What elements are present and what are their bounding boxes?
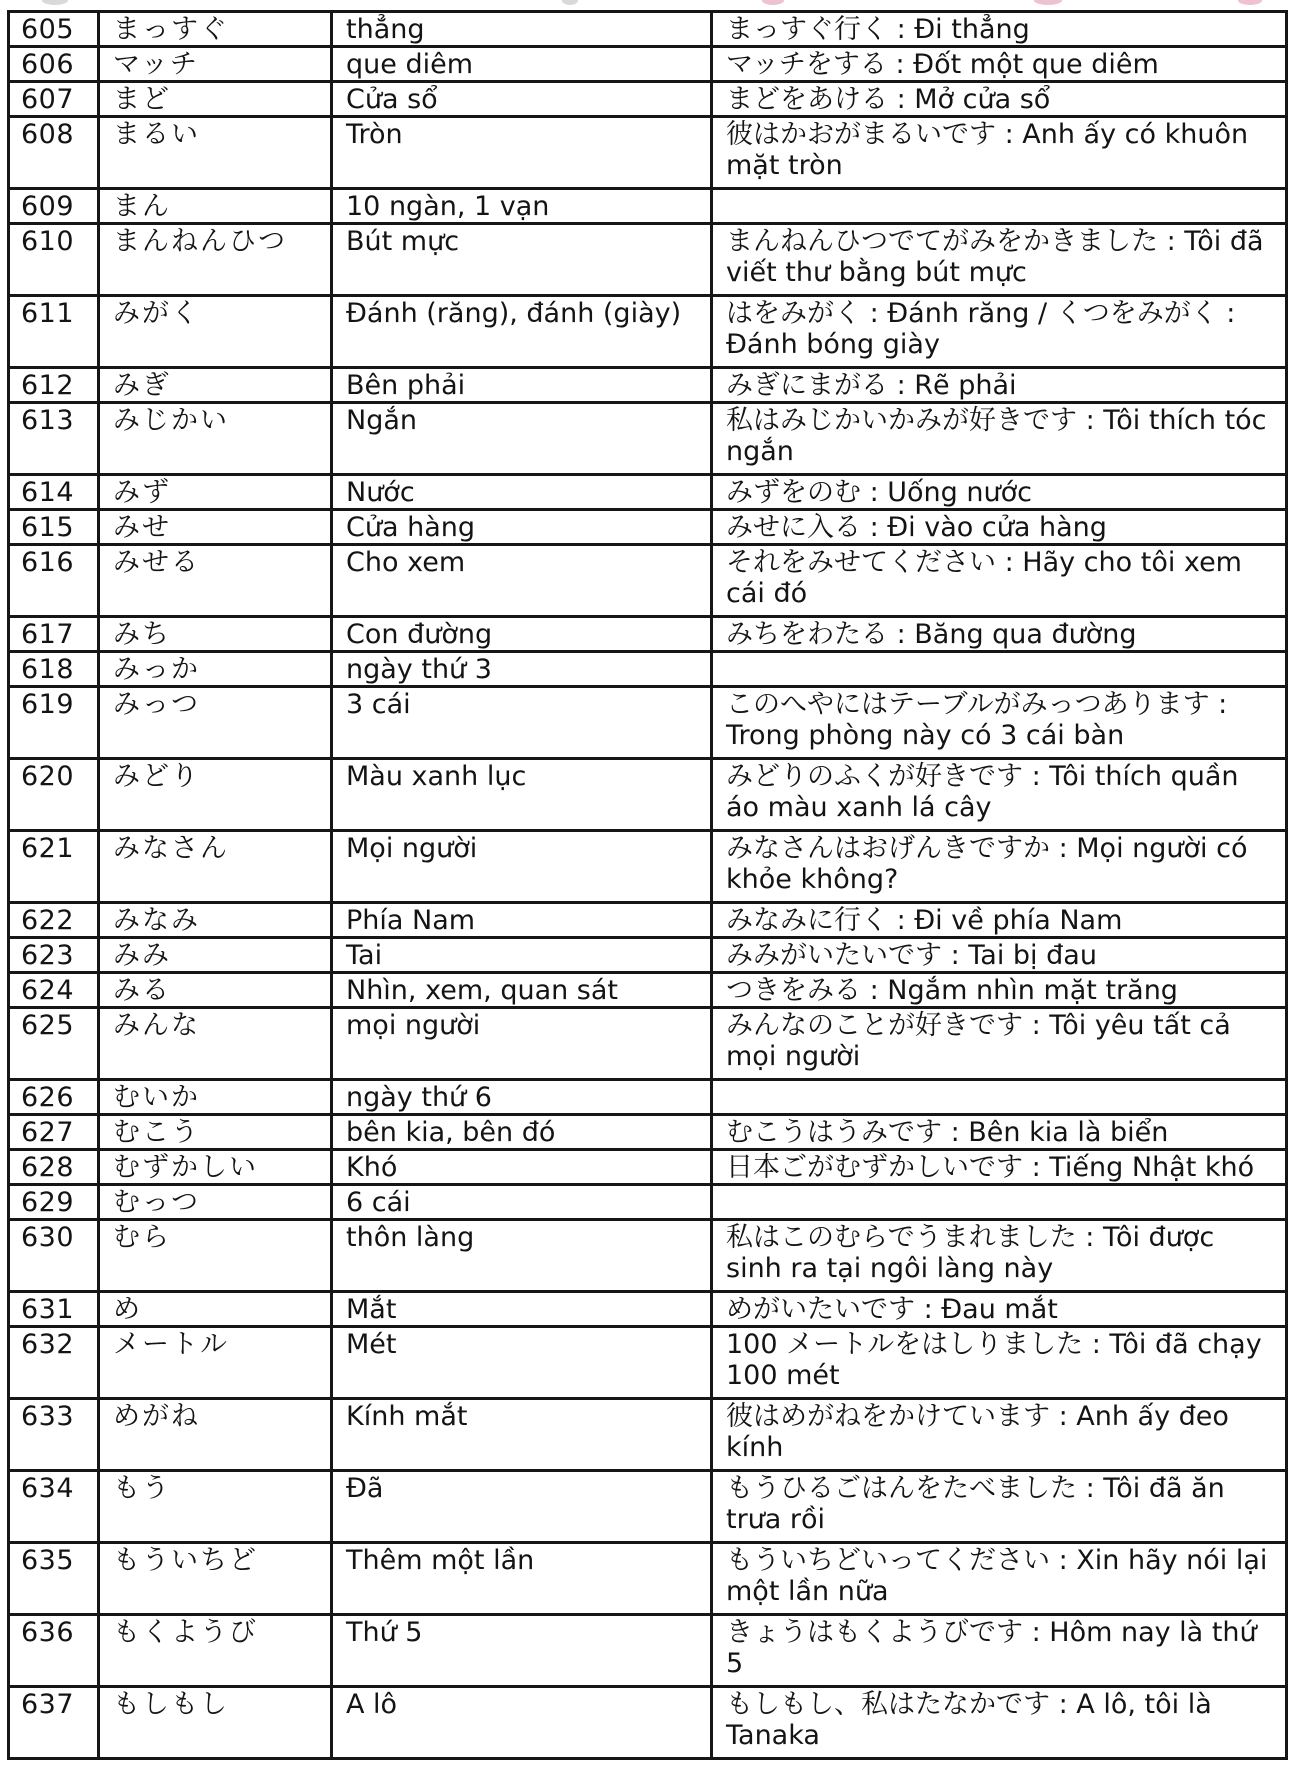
example-sentence: 日本ごがむずかしいです : Tiếng Nhật khó	[712, 1150, 1287, 1185]
japanese-word: みせ	[99, 510, 332, 545]
example-sentence: めがいたいです : Đau mắt	[712, 1292, 1287, 1327]
entry-number: 628	[9, 1150, 99, 1185]
example-sentence: みなみに行く : Đi về phía Nam	[712, 903, 1287, 938]
vietnamese-meaning: Nhìn, xem, quan sát	[332, 973, 712, 1008]
entry-number: 635	[9, 1543, 99, 1615]
example-sentence: みせに入る : Đi vào cửa hàng	[712, 510, 1287, 545]
vietnamese-meaning: Nước	[332, 475, 712, 510]
japanese-word: みみ	[99, 938, 332, 973]
scan-artifact-gray-2	[562, 0, 578, 5]
example-sentence: みちをわたる : Băng qua đường	[712, 617, 1287, 652]
example-sentence	[712, 652, 1287, 687]
table-row: 637もしもしA lôもしもし、私はたなかです : A lô, tôi là T…	[9, 1687, 1287, 1759]
table-row: 629むっつ6 cái	[9, 1185, 1287, 1220]
entry-number: 630	[9, 1220, 99, 1292]
japanese-word: むずかしい	[99, 1150, 332, 1185]
vietnamese-meaning: Khó	[332, 1150, 712, 1185]
japanese-word: まど	[99, 82, 332, 117]
vietnamese-meaning: Phía Nam	[332, 903, 712, 938]
entry-number: 616	[9, 545, 99, 617]
example-sentence: はをみがく : Đánh răng / くつをみがく : Đánh bóng g…	[712, 296, 1287, 368]
japanese-word: まん	[99, 189, 332, 224]
entry-number: 631	[9, 1292, 99, 1327]
japanese-word: みんな	[99, 1008, 332, 1080]
japanese-word: みず	[99, 475, 332, 510]
japanese-word: むら	[99, 1220, 332, 1292]
example-sentence: まどをあける : Mở cửa sổ	[712, 82, 1287, 117]
scan-artifact-pink-1	[762, 0, 784, 5]
vocabulary-table: 605まっすぐthẳngまっすぐ行く : Đi thẳng606マッチque d…	[7, 10, 1288, 1760]
japanese-word: みる	[99, 973, 332, 1008]
japanese-word: まるい	[99, 117, 332, 189]
table-row: 624みるNhìn, xem, quan sátつきをみる : Ngắm nhì…	[9, 973, 1287, 1008]
example-sentence: みなさんはおげんきですか : Mọi người có khỏe không?	[712, 831, 1287, 903]
example-sentence: それをみせてください : Hãy cho tôi xem cái đó	[712, 545, 1287, 617]
entry-number: 624	[9, 973, 99, 1008]
table-row: 623みみTaiみみがいたいです : Tai bị đau	[9, 938, 1287, 973]
table-row: 633めがねKính mắt彼はめがねをかけています : Anh ấy đeo …	[9, 1399, 1287, 1471]
table-row: 631めMắtめがいたいです : Đau mắt	[9, 1292, 1287, 1327]
example-sentence	[712, 1185, 1287, 1220]
example-sentence: このへやにはテーブルがみっつあります : Trong phòng này có …	[712, 687, 1287, 759]
example-sentence: みぎにまがる : Rẽ phải	[712, 368, 1287, 403]
entry-number: 612	[9, 368, 99, 403]
vietnamese-meaning: Mọi người	[332, 831, 712, 903]
table-row: 636もくようびThứ 5きょうはもくようびです : Hôm nay là th…	[9, 1615, 1287, 1687]
vietnamese-meaning: ngày thứ 3	[332, 652, 712, 687]
vietnamese-meaning: Đánh (răng), đánh (giày)	[332, 296, 712, 368]
japanese-word: メートル	[99, 1327, 332, 1399]
vietnamese-meaning: Cửa sổ	[332, 82, 712, 117]
entry-number: 605	[9, 12, 99, 47]
table-row: 620みどりMàu xanh lụcみどりのふくが好きです : Tôi thíc…	[9, 759, 1287, 831]
japanese-word: まんねんひつ	[99, 224, 332, 296]
entry-number: 621	[9, 831, 99, 903]
table-row: 626むいかngày thứ 6	[9, 1080, 1287, 1115]
japanese-word: め	[99, 1292, 332, 1327]
example-sentence: つきをみる : Ngắm nhìn mặt trăng	[712, 973, 1287, 1008]
table-row: 608まるいTròn彼はかおがまるいです : Anh ấy có khuôn m…	[9, 117, 1287, 189]
table-row: 628むずかしいKhó日本ごがむずかしいです : Tiếng Nhật khó	[9, 1150, 1287, 1185]
example-sentence: もしもし、私はたなかです : A lô, tôi là Tanaka	[712, 1687, 1287, 1759]
japanese-word: みぎ	[99, 368, 332, 403]
vietnamese-meaning: Con đường	[332, 617, 712, 652]
entry-number: 610	[9, 224, 99, 296]
table-row: 622みなみPhía Namみなみに行く : Đi về phía Nam	[9, 903, 1287, 938]
vietnamese-meaning: Mét	[332, 1327, 712, 1399]
entry-number: 618	[9, 652, 99, 687]
vietnamese-meaning: mọi người	[332, 1008, 712, 1080]
japanese-word: みどり	[99, 759, 332, 831]
table-row: 615みせCửa hàngみせに入る : Đi vào cửa hàng	[9, 510, 1287, 545]
vietnamese-meaning: Kính mắt	[332, 1399, 712, 1471]
scan-artifact-gray-1	[42, 0, 68, 5]
example-sentence	[712, 189, 1287, 224]
vietnamese-meaning: Thứ 5	[332, 1615, 712, 1687]
vietnamese-meaning: 10 ngàn, 1 vạn	[332, 189, 712, 224]
entry-number: 627	[9, 1115, 99, 1150]
example-sentence: マッチをする : Đốt một que diêm	[712, 47, 1287, 82]
table-row: 625みんなmọi ngườiみんなのことが好きです : Tôi yêu tất…	[9, 1008, 1287, 1080]
table-row: 621みなさんMọi ngườiみなさんはおげんきですか : Mọi người…	[9, 831, 1287, 903]
vietnamese-meaning: bên kia, bên đó	[332, 1115, 712, 1150]
japanese-word: みなみ	[99, 903, 332, 938]
table-row: 612みぎBên phảiみぎにまがる : Rẽ phải	[9, 368, 1287, 403]
entry-number: 634	[9, 1471, 99, 1543]
example-sentence: みどりのふくが好きです : Tôi thích quần áo màu xanh…	[712, 759, 1287, 831]
table-row: 635もういちどThêm một lầnもういちどいってください : Xin h…	[9, 1543, 1287, 1615]
entry-number: 625	[9, 1008, 99, 1080]
vietnamese-meaning: Tròn	[332, 117, 712, 189]
table-row: 610まんねんひつBút mựcまんねんひつでてがみをかきました : Tôi đ…	[9, 224, 1287, 296]
japanese-word: みち	[99, 617, 332, 652]
example-sentence: 100 メートルをはしりました : Tôi đã chạy 100 mét	[712, 1327, 1287, 1399]
entry-number: 613	[9, 403, 99, 475]
vietnamese-meaning: Đã	[332, 1471, 712, 1543]
japanese-word: みじかい	[99, 403, 332, 475]
example-sentence: 彼はかおがまるいです : Anh ấy có khuôn mặt tròn	[712, 117, 1287, 189]
japanese-word: みなさん	[99, 831, 332, 903]
table-row: 614みずNướcみずをのむ : Uống nước	[9, 475, 1287, 510]
table-row: 616みせるCho xemそれをみせてください : Hãy cho tôi xe…	[9, 545, 1287, 617]
japanese-word: もういちど	[99, 1543, 332, 1615]
table-row: 613みじかいNgắn私はみじかいかみが好きです : Tôi thích tóc…	[9, 403, 1287, 475]
vietnamese-meaning: thôn làng	[332, 1220, 712, 1292]
example-sentence: みみがいたいです : Tai bị đau	[712, 938, 1287, 973]
entry-number: 636	[9, 1615, 99, 1687]
japanese-word: みせる	[99, 545, 332, 617]
vietnamese-meaning: Cho xem	[332, 545, 712, 617]
scan-artifact-pink-3	[1238, 0, 1262, 5]
japanese-word: むいか	[99, 1080, 332, 1115]
table-row: 632メートルMét100 メートルをはしりました : Tôi đã chạy …	[9, 1327, 1287, 1399]
japanese-word: みっか	[99, 652, 332, 687]
entry-number: 614	[9, 475, 99, 510]
example-sentence: まんねんひつでてがみをかきました : Tôi đã viết thư bằng …	[712, 224, 1287, 296]
entry-number: 615	[9, 510, 99, 545]
vietnamese-meaning: Mắt	[332, 1292, 712, 1327]
japanese-word: めがね	[99, 1399, 332, 1471]
example-sentence: もういちどいってください : Xin hãy nói lại một lần n…	[712, 1543, 1287, 1615]
entry-number: 622	[9, 903, 99, 938]
example-sentence: むこうはうみです : Bên kia là biển	[712, 1115, 1287, 1150]
table-row: 627むこうbên kia, bên đóむこうはうみです : Bên kia …	[9, 1115, 1287, 1150]
vietnamese-meaning: Bút mực	[332, 224, 712, 296]
vietnamese-meaning: Thêm một lần	[332, 1543, 712, 1615]
japanese-word: まっすぐ	[99, 12, 332, 47]
table-row: 634もうĐãもうひるごはんをたべました : Tôi đã ăn trưa rồ…	[9, 1471, 1287, 1543]
example-sentence: 私はこのむらでうまれました : Tôi được sinh ra tại ngô…	[712, 1220, 1287, 1292]
vietnamese-meaning: Ngắn	[332, 403, 712, 475]
vietnamese-meaning: Tai	[332, 938, 712, 973]
example-sentence: まっすぐ行く : Đi thẳng	[712, 12, 1287, 47]
example-sentence: みんなのことが好きです : Tôi yêu tất cả mọi người	[712, 1008, 1287, 1080]
japanese-word: マッチ	[99, 47, 332, 82]
table-row: 617みちCon đườngみちをわたる : Băng qua đường	[9, 617, 1287, 652]
japanese-word: もしもし	[99, 1687, 332, 1759]
entry-number: 623	[9, 938, 99, 973]
table-row: 606マッチque diêmマッチをする : Đốt một que diêm	[9, 47, 1287, 82]
table-row: 607まどCửa sổまどをあける : Mở cửa sổ	[9, 82, 1287, 117]
entry-number: 633	[9, 1399, 99, 1471]
example-sentence: 彼はめがねをかけています : Anh ấy đeo kính	[712, 1399, 1287, 1471]
entry-number: 608	[9, 117, 99, 189]
example-sentence: 私はみじかいかみが好きです : Tôi thích tóc ngắn	[712, 403, 1287, 475]
entry-number: 620	[9, 759, 99, 831]
japanese-word: もくようび	[99, 1615, 332, 1687]
vietnamese-meaning: Màu xanh lục	[332, 759, 712, 831]
table-row: 618みっかngày thứ 3	[9, 652, 1287, 687]
vietnamese-meaning: 6 cái	[332, 1185, 712, 1220]
scan-artifact-pink-2	[1034, 0, 1062, 5]
example-sentence: みずをのむ : Uống nước	[712, 475, 1287, 510]
entry-number: 629	[9, 1185, 99, 1220]
example-sentence	[712, 1080, 1287, 1115]
example-sentence: きょうはもくようびです : Hôm nay là thứ 5	[712, 1615, 1287, 1687]
vietnamese-meaning: Cửa hàng	[332, 510, 712, 545]
entry-number: 626	[9, 1080, 99, 1115]
table-row: 611みがくĐánh (răng), đánh (giày)はをみがく : Đá…	[9, 296, 1287, 368]
japanese-word: みっつ	[99, 687, 332, 759]
entry-number: 619	[9, 687, 99, 759]
entry-number: 637	[9, 1687, 99, 1759]
table-row: 619みっつ3 cáiこのへやにはテーブルがみっつあります : Trong ph…	[9, 687, 1287, 759]
example-sentence: もうひるごはんをたべました : Tôi đã ăn trưa rồi	[712, 1471, 1287, 1543]
japanese-word: もう	[99, 1471, 332, 1543]
vietnamese-meaning: que diêm	[332, 47, 712, 82]
table-row: 630むらthôn làng私はこのむらでうまれました : Tôi được s…	[9, 1220, 1287, 1292]
vietnamese-meaning: Bên phải	[332, 368, 712, 403]
vocabulary-table-body: 605まっすぐthẳngまっすぐ行く : Đi thẳng606マッチque d…	[9, 12, 1287, 1759]
entry-number: 606	[9, 47, 99, 82]
vietnamese-meaning: thẳng	[332, 12, 712, 47]
table-row: 605まっすぐthẳngまっすぐ行く : Đi thẳng	[9, 12, 1287, 47]
entry-number: 607	[9, 82, 99, 117]
vietnamese-meaning: A lô	[332, 1687, 712, 1759]
japanese-word: みがく	[99, 296, 332, 368]
entry-number: 609	[9, 189, 99, 224]
vietnamese-meaning: ngày thứ 6	[332, 1080, 712, 1115]
japanese-word: むこう	[99, 1115, 332, 1150]
entry-number: 611	[9, 296, 99, 368]
entry-number: 632	[9, 1327, 99, 1399]
table-row: 609まん10 ngàn, 1 vạn	[9, 189, 1287, 224]
vietnamese-meaning: 3 cái	[332, 687, 712, 759]
entry-number: 617	[9, 617, 99, 652]
japanese-word: むっつ	[99, 1185, 332, 1220]
